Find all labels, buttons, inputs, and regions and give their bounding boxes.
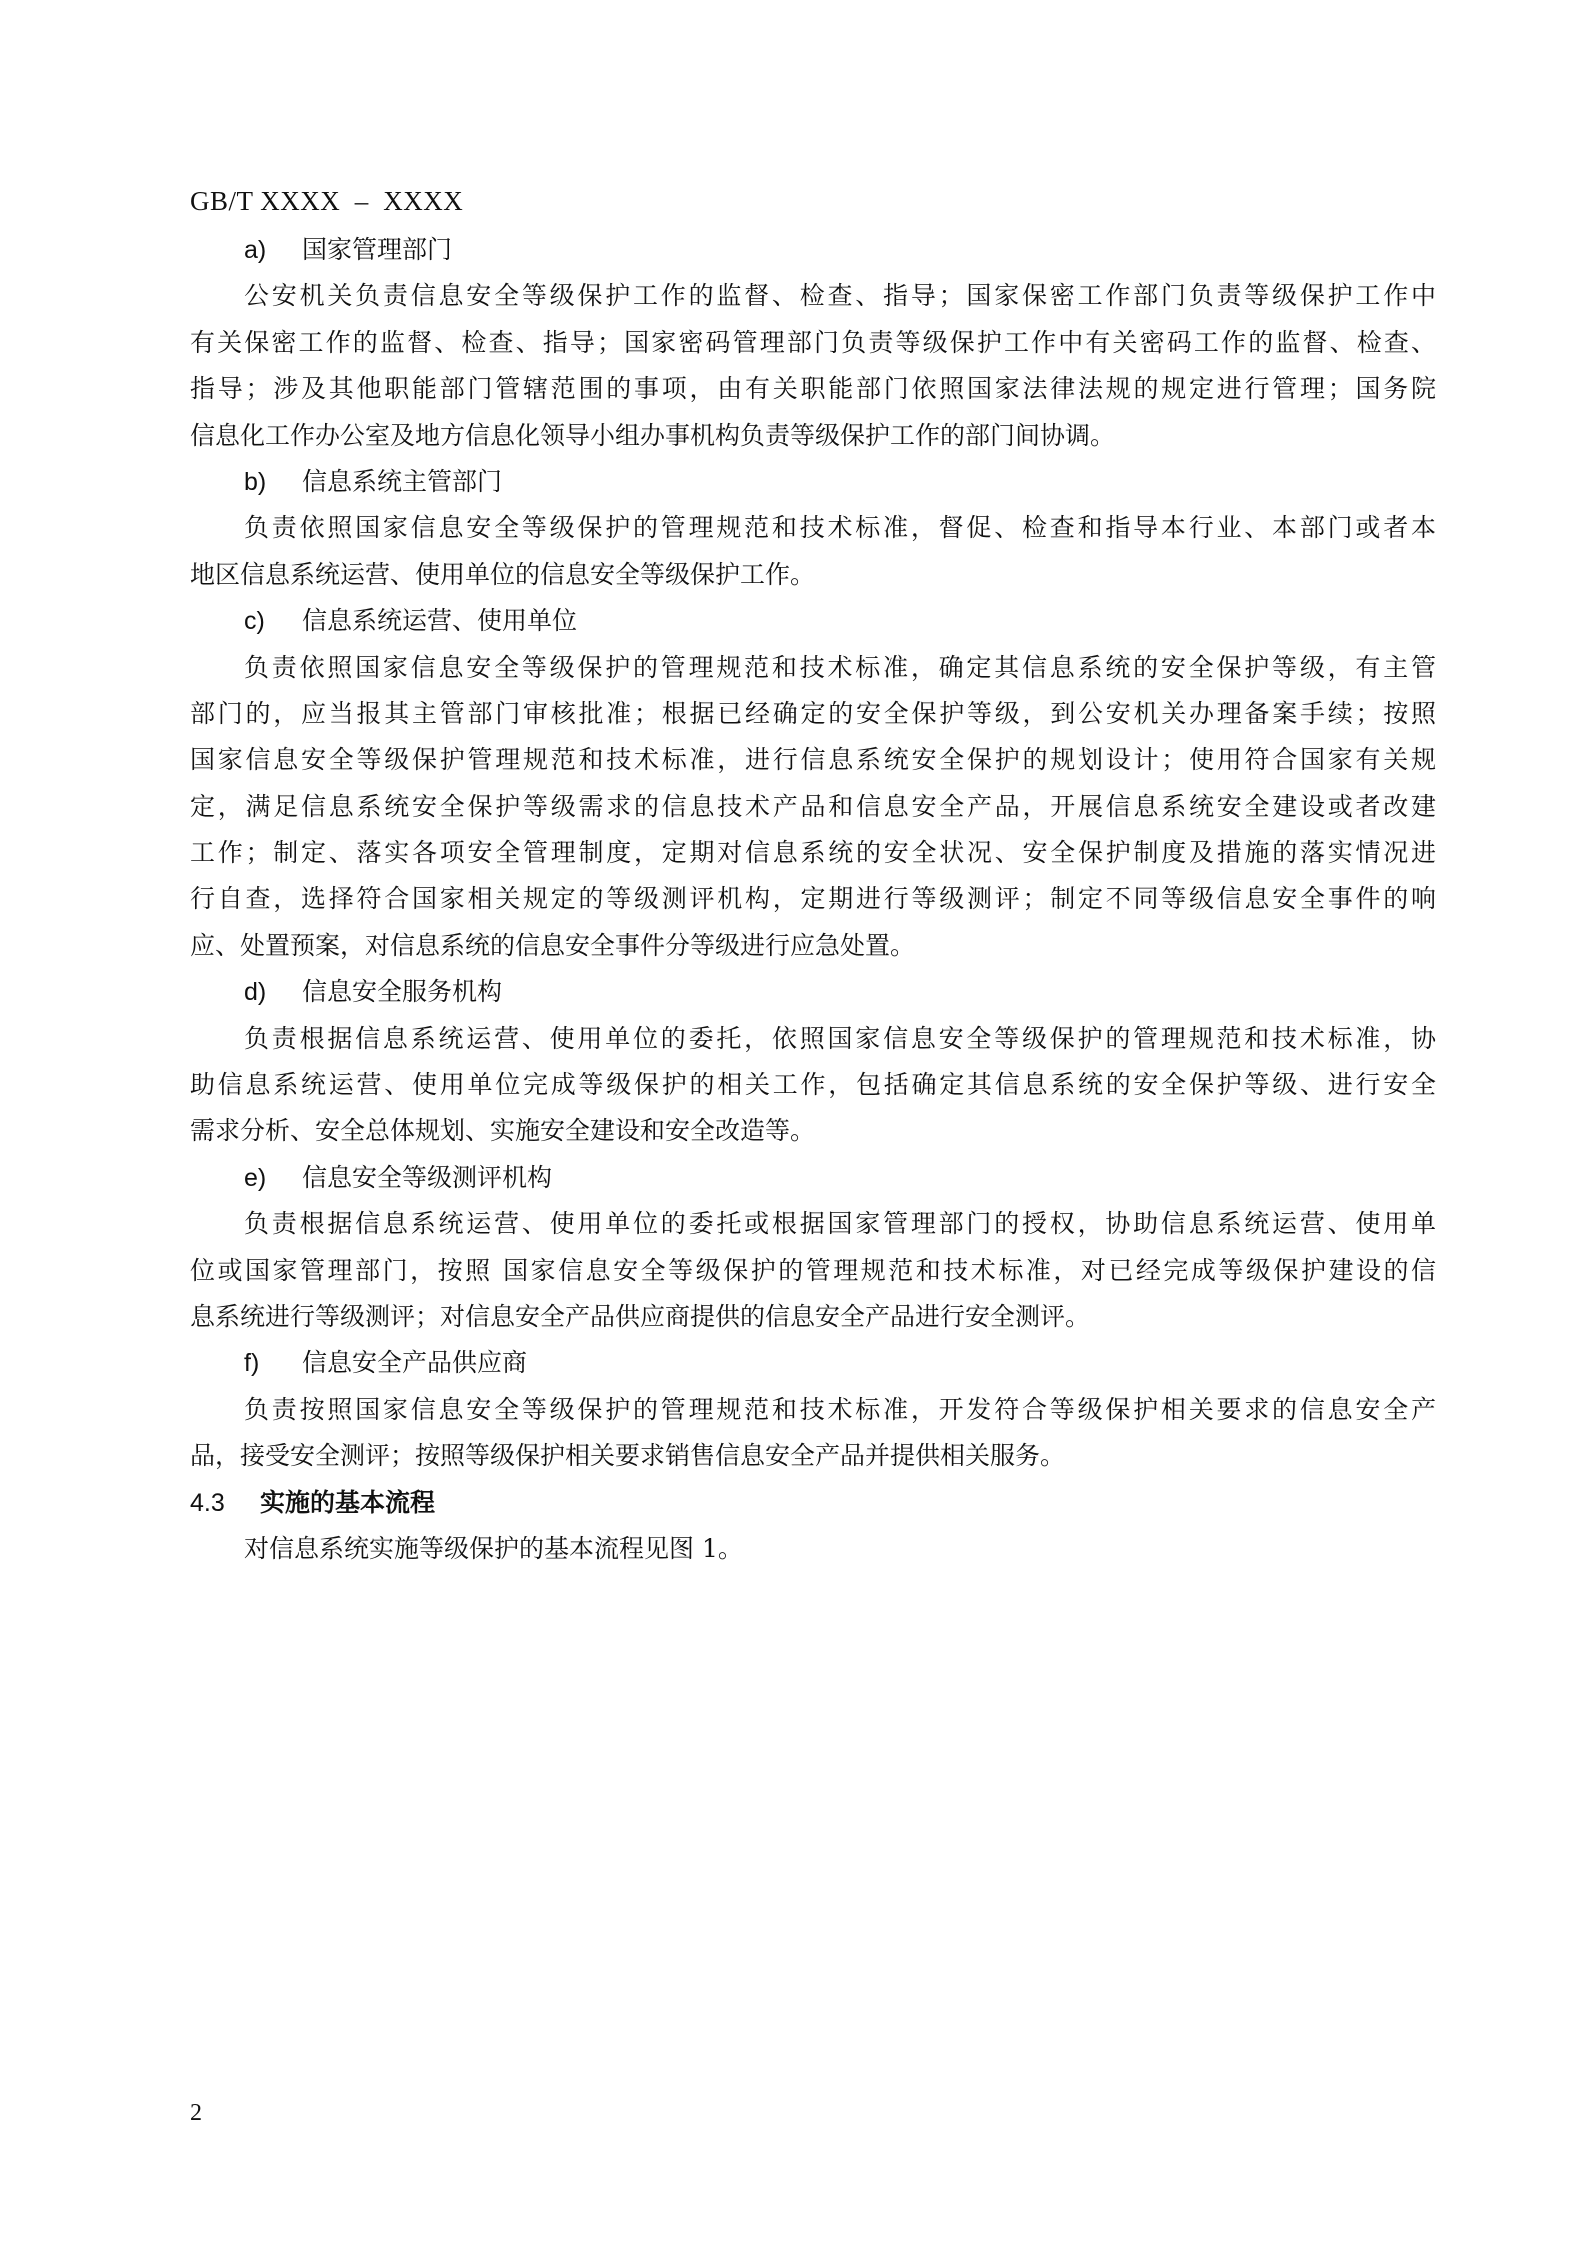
paragraph-line: 位或国家管理部门，按照 国家信息安全等级保护的管理规范和技术标准，对已经完成等级…	[190, 1248, 1436, 1294]
list-marker: c)	[244, 598, 302, 644]
section-body: 对信息系统实施等级保护的基本流程见图 1。	[190, 1526, 1436, 1572]
paragraph-line: 负责根据信息系统运营、使用单位的委托，依照国家信息安全等级保护的管理规范和技术标…	[190, 1016, 1436, 1062]
list-marker: a)	[244, 227, 302, 273]
paragraph-line: 助信息系统运营、使用单位完成等级保护的相关工作，包括确定其信息系统的安全保护等级…	[190, 1062, 1436, 1108]
list-item-heading: c)信息系统运营、使用单位	[190, 598, 1436, 644]
list-item-heading: d)信息安全服务机构	[190, 969, 1436, 1015]
document-body: a)国家管理部门公安机关负责信息安全等级保护工作的监督、检查、指导；国家保密工作…	[190, 227, 1436, 1572]
paragraph-line: 需求分析、安全总体规划、实施安全建设和安全改造等。	[190, 1108, 1436, 1154]
list-marker: d)	[244, 969, 302, 1015]
paragraph-line: 国家信息安全等级保护管理规范和技术标准，进行信息系统安全保护的规划设计；使用符合…	[190, 737, 1436, 783]
list-item-title: 信息安全等级测评机构	[302, 1163, 552, 1192]
list-marker: b)	[244, 459, 302, 505]
paragraph-line: 负责按照国家信息安全等级保护的管理规范和技术标准，开发符合等级保护相关要求的信息…	[190, 1387, 1436, 1433]
list-item-title: 国家管理部门	[302, 235, 452, 264]
list-item-title: 信息系统主管部门	[302, 467, 502, 496]
paragraph-line: 定，满足信息系统安全保护等级需求的信息技术产品和信息安全产品，开展信息系统安全建…	[190, 784, 1436, 830]
paragraph-line: 有关保密工作的监督、检查、指导；国家密码管理部门负责等级保护工作中有关密码工作的…	[190, 320, 1436, 366]
list-item-heading: e)信息安全等级测评机构	[190, 1155, 1436, 1201]
section-title: 实施的基本流程	[260, 1488, 435, 1517]
list-marker: f)	[244, 1340, 302, 1386]
paragraph-line: 部门的，应当报其主管部门审核批准；根据已经确定的安全保护等级，到公安机关办理备案…	[190, 691, 1436, 737]
paragraph-line: 负责依照国家信息安全等级保护的管理规范和技术标准，确定其信息系统的安全保护等级，…	[190, 645, 1436, 691]
paragraph-line: 应、处置预案，对信息系统的信息安全事件分等级进行应急处置。	[190, 923, 1436, 969]
list-item-heading: a)国家管理部门	[190, 227, 1436, 273]
paragraph-line: 指导；涉及其他职能部门管辖范围的事项，由有关职能部门依照国家法律法规的规定进行管…	[190, 366, 1436, 412]
list-item-title: 信息安全服务机构	[302, 977, 502, 1006]
section-heading: 4.3实施的基本流程	[190, 1480, 1436, 1526]
list-item-title: 信息系统运营、使用单位	[302, 606, 577, 635]
paragraph-line: 息系统进行等级测评；对信息安全产品供应商提供的信息安全产品进行安全测评。	[190, 1294, 1436, 1340]
paragraph-line: 负责依照国家信息安全等级保护的管理规范和技术标准，督促、检查和指导本行业、本部门…	[190, 505, 1436, 551]
section-number: 4.3	[190, 1480, 260, 1526]
paragraph-line: 负责根据信息系统运营、使用单位的委托或根据国家管理部门的授权，协助信息系统运营、…	[190, 1201, 1436, 1247]
paragraph-line: 品，接受安全测评；按照等级保护相关要求销售信息安全产品并提供相关服务。	[190, 1433, 1436, 1479]
paragraph-line: 行自查，选择符合国家相关规定的等级测评机构，定期进行等级测评；制定不同等级信息安…	[190, 876, 1436, 922]
paragraph-line: 信息化工作办公室及地方信息化领导小组办事机构负责等级保护工作的部门间协调。	[190, 413, 1436, 459]
list-item-title: 信息安全产品供应商	[302, 1348, 527, 1377]
list-item-heading: f)信息安全产品供应商	[190, 1340, 1436, 1386]
paragraph-line: 公安机关负责信息安全等级保护工作的监督、检查、指导；国家保密工作部门负责等级保护…	[190, 273, 1436, 319]
paragraph-line: 地区信息系统运营、使用单位的信息安全等级保护工作。	[190, 552, 1436, 598]
page-number: 2	[190, 2100, 202, 2127]
paragraph-line: 工作；制定、落实各项安全管理制度，定期对信息系统的安全状况、安全保护制度及措施的…	[190, 830, 1436, 876]
document-code-header: GB/T XXXX – XXXX	[190, 186, 463, 217]
list-item-heading: b)信息系统主管部门	[190, 459, 1436, 505]
list-marker: e)	[244, 1155, 302, 1201]
